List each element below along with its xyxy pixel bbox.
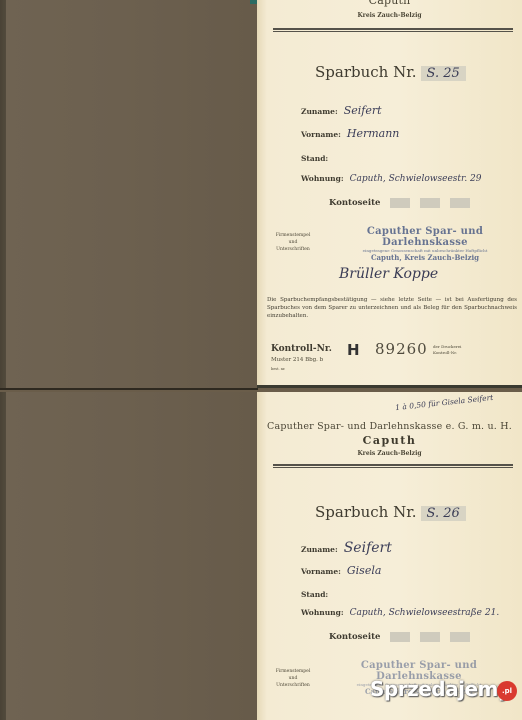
firm-label-line2: und xyxy=(267,239,319,246)
vorname-value: Gisela xyxy=(347,564,382,577)
stand-label: Stand: xyxy=(301,590,328,599)
field-wohnung: Wohnung:Caputh, Schwielowseestraße 21. xyxy=(301,608,499,618)
kontoseite-row: Kontoseite xyxy=(329,632,470,642)
watermark-logo: Sprzedajemy xyxy=(370,677,510,701)
kontroll-label: Kontroll-Nr. xyxy=(271,344,332,354)
vorname-value: Hermann xyxy=(347,127,400,140)
signature: Brüller Koppe xyxy=(339,266,438,282)
header-rule xyxy=(273,28,513,32)
town-header-partial: Caputh xyxy=(257,0,522,7)
kontoseite-box-3 xyxy=(450,198,470,208)
kontoseite-box-2 xyxy=(420,198,440,208)
kontoseite-box-1 xyxy=(390,632,410,642)
passbook-title: Sparbuch Nr.S. 26 xyxy=(315,503,466,521)
wohnung-label: Wohnung: xyxy=(301,608,344,617)
passbook-number: S. 25 xyxy=(421,66,466,81)
field-wohnung: Wohnung:Caputh, Schwielowseestr. 29 xyxy=(301,174,482,184)
receipt-notice: Die Sparbuchempfangsbestätigung — siehe … xyxy=(267,296,517,320)
booklet-cover-bottom xyxy=(0,392,258,720)
watermark-badge: .pl xyxy=(497,681,517,701)
control-number: 89260 xyxy=(375,340,428,358)
kontoseite-row: Kontoseite xyxy=(329,198,470,208)
booklet-cover-top xyxy=(0,0,258,390)
printer-label-line2: Kontroll-Nr. xyxy=(433,350,461,356)
firm-label-line2: und xyxy=(267,675,319,682)
printer-control-label: der Druckerei Kontroll-Nr. xyxy=(433,344,461,356)
zuname-label: Zuname: xyxy=(301,107,338,116)
firm-label-line1: Firmenstempel xyxy=(267,668,319,675)
kontoseite-box-1 xyxy=(390,198,410,208)
firm-stamp-label: Firmenstempel und Unterschriften xyxy=(267,232,319,253)
passbook-number: S. 26 xyxy=(421,506,466,521)
title-text: Sparbuch Nr. xyxy=(315,503,417,521)
booklet-page-bottom: 1 à 0,50 für Gisela Seifert Caputher Spa… xyxy=(257,392,522,720)
wohnung-value: Caputh, Schwielowseestr. 29 xyxy=(350,174,482,184)
bank-stamp: Caputher Spar- und Darlehnskasse eingetr… xyxy=(335,226,515,262)
field-vorname: Vorname:Hermann xyxy=(301,127,399,140)
wohnung-value: Caputh, Schwielowseestraße 21. xyxy=(350,608,500,618)
handwritten-note: 1 à 0,50 für Gisela Seifert xyxy=(395,393,494,412)
stand-label: Stand: xyxy=(301,154,328,163)
field-stand: Stand: xyxy=(301,154,328,163)
order-number: best. nr. xyxy=(271,367,285,371)
field-vorname: Vorname:Gisela xyxy=(301,564,381,577)
firm-stamp-label: Firmenstempel und Unterschriften xyxy=(267,668,319,689)
kontoseite-box-2 xyxy=(420,632,440,642)
firm-label-line3: Unterschriften xyxy=(267,246,319,253)
bank-name: Caputher Spar- und Darlehnskasse e. G. m… xyxy=(257,421,522,432)
stamp-line3: Caputh, Kreis Zauch-Belzig xyxy=(335,253,515,262)
kontoseite-label: Kontoseite xyxy=(329,632,380,642)
kontoseite-box-3 xyxy=(450,632,470,642)
cover-edge xyxy=(0,0,6,388)
town-name: Caputh xyxy=(257,434,522,447)
zuname-label: Zuname: xyxy=(301,545,338,554)
firm-label-line1: Firmenstempel xyxy=(267,232,319,239)
wohnung-label: Wohnung: xyxy=(301,174,344,183)
form-model-number: Muster 214 Bbg. b xyxy=(271,357,323,363)
district-label: Kreis Zauch-Belzig xyxy=(257,12,522,19)
zuname-value: Seifert xyxy=(344,540,392,556)
booklet-page-top: Caputh Kreis Zauch-Belzig Sparbuch Nr.S.… xyxy=(257,0,522,388)
firm-label-line3: Unterschriften xyxy=(267,682,319,689)
cover-edge xyxy=(0,392,6,720)
vorname-label: Vorname: xyxy=(301,130,341,139)
district-label: Kreis Zauch-Belzig xyxy=(257,450,522,457)
series-letter: H xyxy=(347,341,360,359)
zuname-value: Seifert xyxy=(344,104,382,117)
field-zuname: Zuname:Seifert xyxy=(301,104,382,117)
kontoseite-label: Kontoseite xyxy=(329,198,380,208)
title-text: Sparbuch Nr. xyxy=(315,63,417,81)
header-rule xyxy=(273,464,513,468)
stamp-line1: Caputher Spar- und Darlehnskasse xyxy=(335,226,515,248)
vorname-label: Vorname: xyxy=(301,567,341,576)
field-stand: Stand: xyxy=(301,590,328,599)
passbook-title: Sparbuch Nr.S. 25 xyxy=(315,63,466,81)
field-zuname: Zuname:Seifert xyxy=(301,540,392,556)
